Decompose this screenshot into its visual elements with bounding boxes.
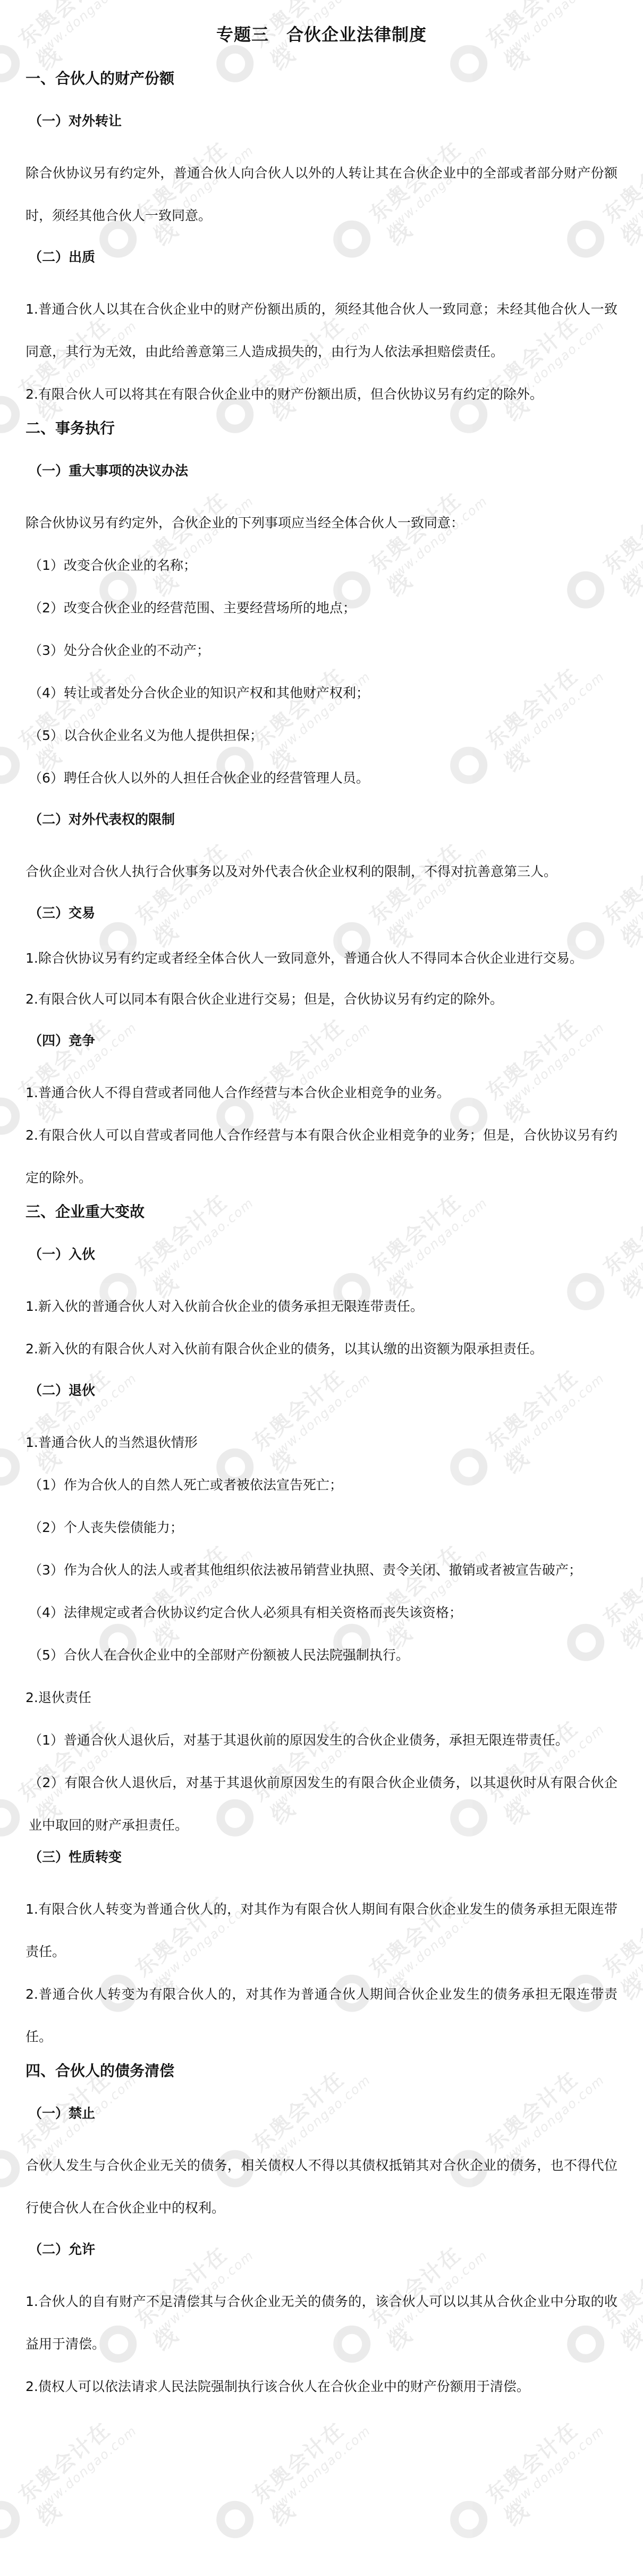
watermark-url: www.dongao.com: [266, 2423, 374, 2517]
paragraph: 1.普通合伙人不得自营或者同他人合作经营与本合伙企业相竞争的业务。: [26, 1072, 617, 1114]
list-item: （3）处分合伙企业的不动产；: [26, 629, 617, 672]
paragraph: 除合伙协议另有约定外，合伙企业的下列事项应当经全体合伙人一致同意：: [26, 502, 617, 544]
paragraph: 2.有限合伙人可以同本有限合伙企业进行交易；但是，合伙协议另有约定的除外。: [26, 978, 617, 1021]
list-item: （2）个人丧失偿债能力；: [26, 1506, 617, 1549]
brand-logo-icon: [209, 2493, 261, 2546]
subsection-heading: （一）对外转让: [26, 101, 617, 152]
watermark-url: www.dongao.com: [500, 2423, 607, 2517]
list-item: （4）法律规定或者合伙协议约定合伙人必须具有相关资格而丧失该资格；: [26, 1592, 617, 1634]
list-item: （2）有限合伙人退伙后，对基于其退伙前原因发生的有限合伙企业债务，以其退伙时从有…: [26, 1762, 617, 1847]
list-item: （5）合伙人在合伙企业中的全部财产份额被人民法院强制执行。: [26, 1634, 617, 1677]
paragraph: 除合伙协议另有约定外，普通合伙人向合伙人以外的人转让其在合伙企业中的全部或者部分…: [26, 152, 617, 237]
paragraph: 2.有限合伙人可以将其在有限合伙企业中的财产份额出质，但合伙协议另有约定的除外。: [26, 373, 617, 416]
paragraph: 1.普通合伙人的当然退伙情形: [26, 1421, 617, 1464]
paragraph: 2.普通合伙人转变为有限合伙人的，对其作为普通合伙人期间合伙企业发生的债务承担无…: [26, 1973, 617, 2058]
page-title: 专题三 合伙企业法律制度: [26, 21, 617, 46]
section-heading: 一、合伙人的财产份额: [26, 66, 617, 101]
subsection-heading: （一）入伙: [26, 1234, 617, 1285]
watermark-url: www.dongao.com: [32, 2423, 140, 2517]
subsection-heading: （一）禁止: [26, 2093, 617, 2144]
subsection-heading: （二）出质: [26, 237, 617, 288]
list-item: （1）改变合伙企业的名称；: [26, 544, 617, 587]
paragraph: 1.合伙人的自有财产不足清偿其与合伙企业无关的债务的，该合伙人可以以其从合伙企业…: [26, 2280, 617, 2365]
list-item: （1）作为合伙人的自然人死亡或者被依法宣告死亡；: [26, 1464, 617, 1506]
list-item: （5）以合伙企业名义为他人提供担保；: [26, 714, 617, 757]
list-item: （3）作为合伙人的法人或者其他组织依法被吊销营业执照、责令关闭、撤销或者被宣告破…: [26, 1549, 617, 1592]
brand-logo-icon: [0, 2493, 28, 2546]
paragraph: 2.退伙责任: [26, 1677, 617, 1719]
subsection-heading: （一）重大事项的决议办法: [26, 451, 617, 502]
subsection-heading: （二）退伙: [26, 1370, 617, 1421]
section-heading: 二、事务执行: [26, 416, 617, 451]
paragraph: 2.债权人可以依法请求人民法院强制执行该合伙人在合伙企业中的财产份额用于清偿。: [26, 2365, 617, 2408]
paragraph: 2.新入伙的有限合伙人对入伙前有限合伙企业的债务，以其认缴的出资额为限承担责任。: [26, 1328, 617, 1370]
subsection-heading: （三）交易: [26, 893, 617, 944]
paragraph: 1.普通合伙人以其在合伙企业中的财产份额出质的，须经其他合伙人一致同意；未经其他…: [26, 288, 617, 373]
paragraph: 合伙企业对合伙人执行合伙事务以及对外代表合伙企业权利的限制，不得对抗善意第三人。: [26, 851, 617, 893]
list-item: （1）普通合伙人退伙后，对基于其退伙前的原因发生的合伙企业债务，承担无限连带责任…: [26, 1719, 617, 1762]
subsection-heading: （三）性质转变: [26, 1847, 617, 1888]
subsection-heading: （二）允许: [26, 2229, 617, 2280]
section-heading: 三、企业重大变故: [26, 1199, 617, 1234]
paragraph: 1.有限合伙人转变为普通合伙人的，对其作为有限合伙人期间有限合伙企业发生的债务承…: [26, 1888, 617, 1973]
list-item: （4）转让或者处分合伙企业的知识产权和其他财产权利；: [26, 672, 617, 714]
paragraph: 合伙人发生与合伙企业无关的债务，相关债权人不得以其债权抵销其对合伙企业的债务，也…: [26, 2144, 617, 2229]
list-item: （6）聘任合伙人以外的人担任合伙企业的经营管理人员。: [26, 757, 617, 799]
paragraph: 2.有限合伙人可以自营或者同他人合作经营与本有限合伙企业相竞争的业务；但是，合伙…: [26, 1114, 617, 1199]
paragraph: 1.新入伙的普通合伙人对入伙前合伙企业的债务承担无限连带责任。: [26, 1285, 617, 1328]
paragraph: 1.除合伙协议另有约定或者经全体合伙人一致同意外，普通合伙人不得同本合伙企业进行…: [26, 944, 617, 978]
subsection-heading: （四）竞争: [26, 1021, 617, 1072]
document-body: 一、合伙人的财产份额（一）对外转让除合伙协议另有约定外，普通合伙人向合伙人以外的…: [26, 66, 617, 2408]
list-item: （2）改变合伙企业的经营范围、主要经营场所的地点；: [26, 587, 617, 629]
brand-logo-icon: [443, 2493, 495, 2546]
document: 专题三 合伙企业法律制度 一、合伙人的财产份额（一）对外转让除合伙协议另有约定外…: [0, 0, 643, 2429]
section-heading: 四、合伙人的债务清偿: [26, 2058, 617, 2093]
subsection-heading: （二）对外代表权的限制: [26, 799, 617, 851]
